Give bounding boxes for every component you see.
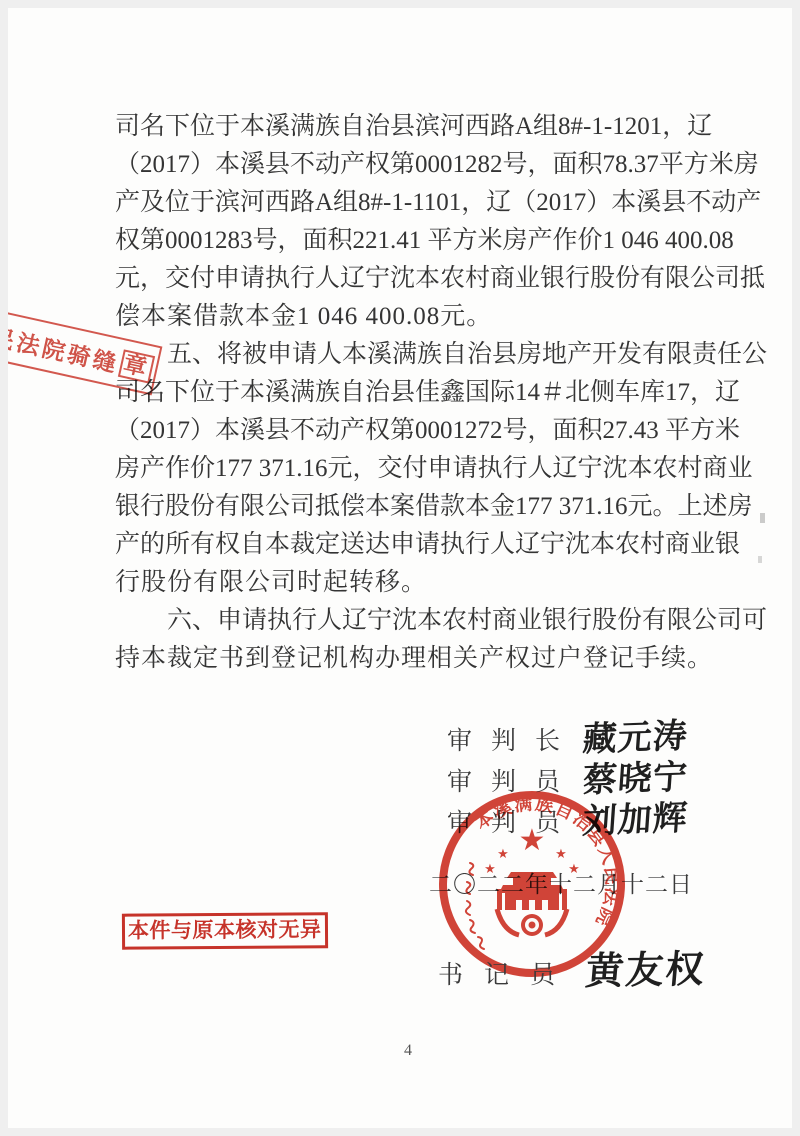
text-line: 持本裁定书到登记机构办理相关产权过户登记手续。 xyxy=(115,640,709,678)
text-line: 产的所有权自本裁定送达申请执行人辽宁沈本农村商业银 xyxy=(115,526,709,564)
seam-seal-text: 县人民法院骑缝 xyxy=(8,307,122,379)
scan-artifact xyxy=(760,513,765,523)
page-number: 4 xyxy=(388,1042,428,1060)
document-page: 司名下位于本溪满族自治县滨河西路A组8#-1-1201，辽 （2017）本溪县不… xyxy=(8,8,792,1128)
svg-text:★: ★ xyxy=(497,847,509,862)
text-line: 权第0001283号，面积221.41 平方米房产作价1 046 400.08 xyxy=(115,222,709,260)
emblem-stars: ★ ★ ★ ★ ★ xyxy=(484,823,580,877)
text-line: 五、将被申请人本溪满族自治县房地产开发有限责任公 xyxy=(115,336,709,374)
emblem-gear xyxy=(497,909,567,936)
seam-seal-tail: 章 xyxy=(118,349,155,383)
text-line: （2017）本溪县不动产权第0001282号，面积78.37平方米房 xyxy=(115,146,709,184)
clerk-row: 书记员 黄友权 xyxy=(438,939,706,994)
svg-text:★: ★ xyxy=(568,862,580,877)
ruling-body-paragraph: 司名下位于本溪满族自治县滨河西路A组8#-1-1201，辽 （2017）本溪县不… xyxy=(115,108,709,678)
clerk-signature: 黄友权 xyxy=(584,938,709,995)
seal-manchu-script xyxy=(466,863,484,949)
svg-text:★: ★ xyxy=(519,823,546,858)
text-line: 元，交付申请执行人辽宁沈本农村商业银行股份有限公司抵 xyxy=(115,260,709,298)
judge-row: 审判员 蔡晓宁 xyxy=(447,751,688,789)
clerk-label: 书记员 xyxy=(438,955,576,991)
text-line: 偿本案借款本金1 046 400.08元。 xyxy=(115,298,709,336)
verification-stamp: 本件与原本核对无异 xyxy=(122,912,328,949)
text-line: 房产作价177 371.16元，交付申请执行人辽宁沈本农村商业 xyxy=(115,450,709,488)
text-line: 行股份有限公司时起转移。 xyxy=(115,564,709,602)
svg-text:★: ★ xyxy=(555,847,567,862)
text-line: 六、申请执行人辽宁沈本农村商业银行股份有限公司可 xyxy=(115,602,709,640)
presiding-judge-row: 审判长 藏元涛 xyxy=(447,710,688,748)
text-line: 银行股份有限公司抵偿本案借款本金177 371.16元。上述房 xyxy=(115,488,709,526)
text-line: 司名下位于本溪满族自治县佳鑫国际14＃北侧车库17，辽 xyxy=(115,374,709,412)
scan-artifact xyxy=(758,556,762,563)
emblem-gate xyxy=(497,872,567,910)
text-line: 司名下位于本溪满族自治县滨河西路A组8#-1-1201，辽 xyxy=(115,108,709,146)
text-line: 产及位于滨河西路A组8#-1-1101，辽（2017）本溪县不动产 xyxy=(115,184,709,222)
text-line: （2017）本溪县不动产权第0001272号，面积27.43 平方米 xyxy=(115,412,709,450)
svg-text:★: ★ xyxy=(484,862,496,877)
